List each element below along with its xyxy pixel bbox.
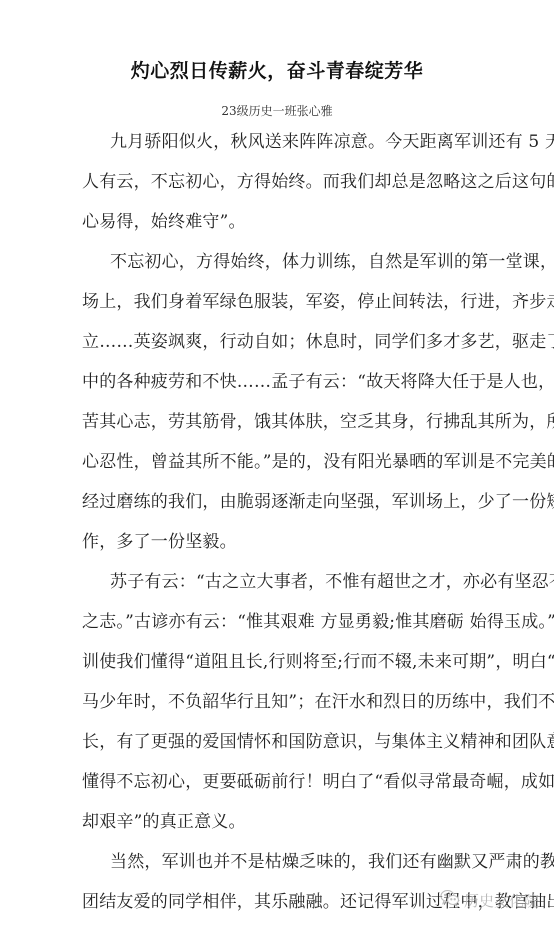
text-line: 中的各种疲劳和不快……孟子有云：“故天将降大任于是人也，必先	[82, 368, 474, 408]
text-line: 当然，军训也并不是枯燥乏味的，我们还有幽默又严肃的教官和	[82, 848, 474, 888]
text-line: 九月骄阳似火，秋风送来阵阵凉意。今天距离军训还有 5 天，古	[82, 128, 474, 168]
wechat-icon	[440, 889, 460, 911]
text-line: 马少年时，不负韶华行且知”；在汗水和烈日的历练中，我们不断成	[82, 688, 474, 728]
text-line: 却艰辛”的真正意义。	[82, 808, 474, 848]
source-watermark: 历史文化院	[440, 889, 539, 911]
text-line: 心忍性，曾益其所不能。”是的，没有阳光暴晒的军训是不完美的。	[82, 448, 474, 488]
text-line: 苦其心志，劳其筋骨，饿其体肤，空乏其身，行拂乱其所为，所以动	[82, 408, 474, 448]
article-title: 灼心烈日传薪火，奋斗青春绽芳华	[0, 56, 554, 83]
article-body: 九月骄阳似火，秋风送来阵阵凉意。今天距离军训还有 5 天，古 人有云，不忘初心，…	[82, 128, 474, 928]
watermark-label: 历史文化院	[464, 890, 539, 911]
text-line: 训使我们懂得“道阻且长,行则将至;行而不辍,未来可期”，明白“鲜衣怒	[82, 648, 474, 688]
text-line: 之志。”古谚亦有云：“惟其艰难 方显勇毅;惟其磨砺 始得玉成。”军	[82, 608, 474, 648]
article-byline: 23级历史一班张心雅	[0, 102, 554, 119]
text-line: 作，多了一份坚毅。	[82, 528, 474, 568]
text-line: 不忘初心，方得始终，体力训练，自然是军训的第一堂课，训练	[82, 248, 474, 288]
text-line: 经过磨练的我们，由脆弱逐渐走向坚强，军训场上，少了一份矫揉造	[82, 488, 474, 528]
text-line: 立……英姿飒爽，行动自如；休息时，同学们多才多艺，驱走了训练	[82, 328, 474, 368]
text-line: 心易得，始终难守”。	[82, 208, 474, 248]
text-line: 苏子有云：“古之立大事者，不惟有超世之才，亦必有坚忍不拔	[82, 568, 474, 608]
text-line: 场上，我们身着军绿色服装，军姿，停止间转法，行进，齐步走，跨	[82, 288, 474, 328]
text-line: 长，有了更强的爱国情怀和国防意识，与集体主义精神和团队意识，	[82, 728, 474, 768]
text-line: 懂得不忘初心，更要砥砺前行！明白了“看似寻常最奇崛，成如容易	[82, 768, 474, 808]
text-line: 团结友爱的同学相伴，其乐融融。还记得军训过程中，教官抽出我们	[82, 888, 474, 928]
text-line: 人有云，不忘初心，方得始终。而我们却总是忽略这之后这句的“初	[82, 168, 474, 208]
